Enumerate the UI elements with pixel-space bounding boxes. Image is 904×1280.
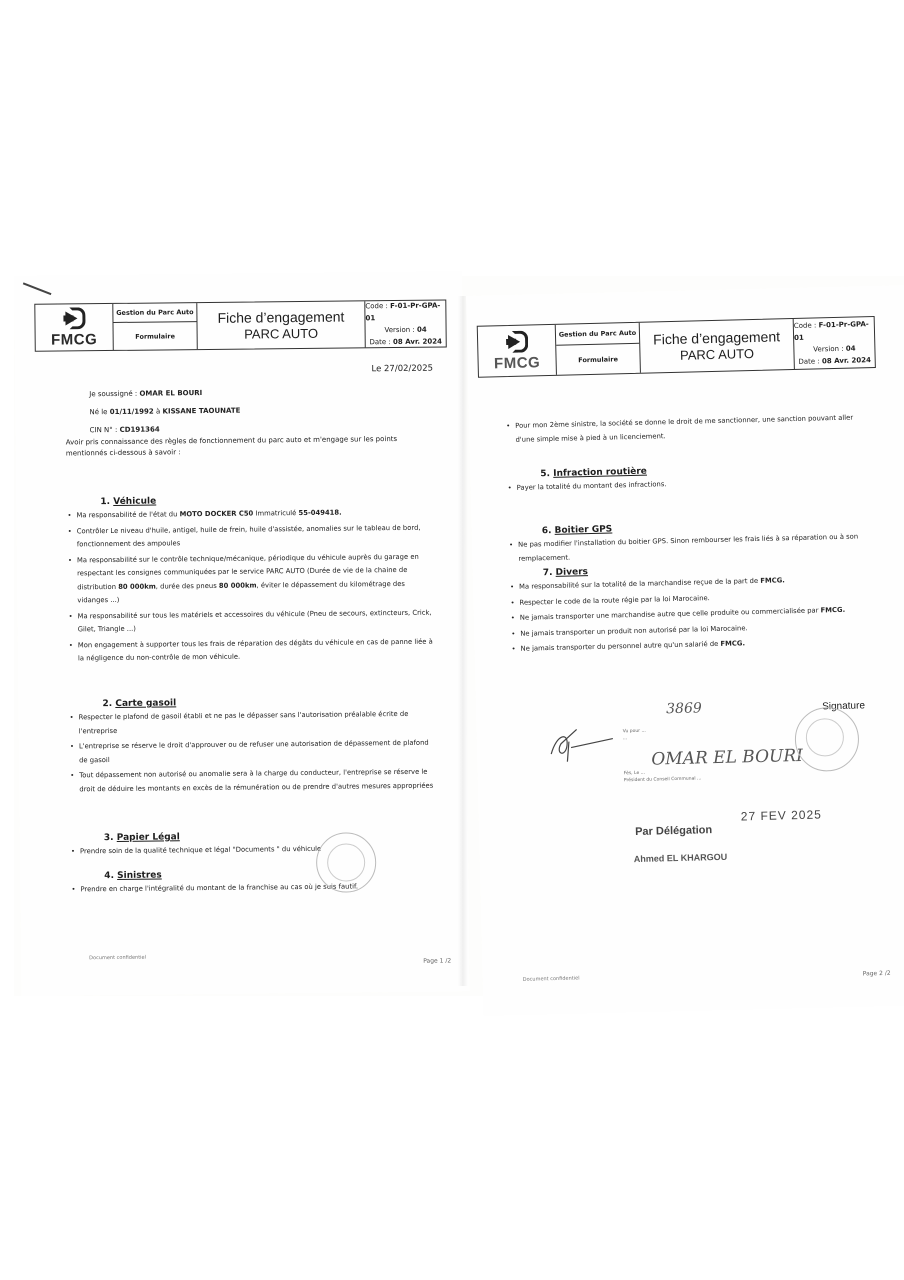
footer-confidential: Document confidentiel [89,955,146,962]
birth-place: KISSANE TAOUNATE [162,407,240,416]
date-value: 08 Avr. 2024 [822,356,871,365]
list-item: Prendre en charge l'intégralité du monta… [70,880,438,897]
section-5: 5. Infraction routièrePayer la totalité … [506,461,875,497]
document-date: Le 27/02/2025 [371,364,433,375]
list-item: Prendre soin de la qualité technique et … [70,842,438,859]
section-4: 4. SinistresPrendre en charge l'intégral… [70,868,438,899]
item-text: Prendre soin de la qualité technique et … [80,845,321,856]
sinistre-continuation: Pour mon 2ème sinistre, la société se do… [505,411,874,449]
identity-block: Je soussigné : OMAR EL BOURI Né le 01/11… [89,386,241,442]
page-number: Page 1 /2 [423,957,451,964]
document-title: Fiche d’engagement PARC AUTO [640,319,795,373]
section-number: 5. [540,469,550,479]
emphasis: FMCG. [760,576,785,585]
header-meta: Gestion du Parc Auto Formulaire [113,303,197,350]
list-item: Ma responsabilité sur tous les matériels… [68,606,436,637]
intro-paragraph: Avoir pris connaissance des règles de fo… [66,434,426,460]
page-fold [458,296,468,986]
pen-mark [23,282,52,295]
section-number: 4. [104,871,114,881]
item-text: Tout dépassement non autorisé ou anomali… [79,768,433,793]
item-text: Ne jamais transporter du personnel autre… [521,640,721,653]
employee-name: OMAR EL BOURI [139,389,202,398]
item-text: Mon engagement à supporter tous les frai… [78,637,433,662]
emphasis: FMCG. [720,639,745,648]
item-text: Ma responsabilité sur tous les matériels… [78,608,432,633]
item-text: Ne jamais transporter une marchandise au… [520,606,821,621]
section-title: Divers [555,567,588,578]
date-label: Date : [369,338,390,346]
item-text: , durée des pneus [156,581,219,590]
item-text: Ma responsabilité de l'état du [76,510,179,519]
cin-label: CIN N° : [90,426,118,434]
item-text: Prendre en charge l'intégralité du monta… [80,882,358,893]
date-stamp: 27 FEV 2025 [741,807,822,823]
list-item: Tout dépassement non autorisé ou anomali… [69,766,437,797]
list-item: Contrôler Le niveau d'huile, antigel, hu… [67,521,435,552]
department: Gestion du Parc Auto [113,303,196,323]
cin-value: CD191364 [120,425,160,433]
emphasis: FMCG. [821,606,846,615]
title-line-2: PARC AUTO [680,346,754,363]
date-label: Date : [798,357,820,366]
item-text: Payer la totalité du montant des infract… [517,480,667,492]
date-value: 08 Avr. 2024 [393,338,442,347]
signature-scribble [546,722,617,764]
section-title: Papier Légal [117,832,180,843]
version-value: 04 [846,344,856,352]
section-title: Boitier GPS [554,524,612,535]
item-text: Contrôler Le niveau d'huile, antigel, hu… [77,523,421,548]
section-number: 2. [102,699,112,709]
department: Gestion du Parc Auto [556,323,639,346]
page-number: Page 2 /2 [863,970,891,978]
section-title: Carte gasoil [115,698,176,709]
section-heading: 3. Papier Légal [104,830,438,843]
code-label: Code : [794,321,817,330]
section-7: 7. DiversMa responsabilité sur la totali… [509,560,879,658]
document-title: Fiche d’engagement PARC AUTO [197,301,365,349]
section-2: 2. Carte gasoilRespecter le plafond de g… [68,696,437,799]
logo-text: FMCG [51,331,97,348]
item-text: Ma responsabilité sur la totalité de la … [519,577,760,591]
item-text: Respecter le plafond de gasoil établi et… [79,710,409,735]
item-text: Respecter le code de la route régie par … [519,594,709,607]
list-item: Ma responsabilité de l'état du MOTO DOCK… [66,506,434,523]
item-text: L'entreprise se réserve le droit d'appro… [79,739,429,764]
code-label: Code : [365,302,388,310]
delegate-name: Ahmed EL KHARGOU [634,852,728,864]
document-code: Code : F-01-Pr-GPA-01 Version : 04 Date … [365,300,445,347]
section-title: Sinistres [117,870,162,880]
page-1-header: FMCG Gestion du Parc Auto Formulaire Fic… [34,299,446,351]
fmcg-logo-icon [505,330,528,353]
list-item: Pour mon 2ème sinistre, la société se do… [505,411,874,447]
doc-type: Formulaire [556,344,640,375]
section-heading: 1. Véhicule [100,494,434,507]
doc-type: Formulaire [114,322,197,350]
section-number: 1. [100,497,110,507]
logo: FMCG [478,325,557,377]
document-code: Code : F-01-Pr-GPA-01 Version : 04 Date … [794,317,875,369]
section-3: 3. Papier LégalPrendre soin de la qualit… [70,830,438,861]
section-title: Infraction routière [553,467,647,479]
born-at: à [156,407,160,415]
title-line-1: Fiche d’engagement [217,309,344,326]
soussigne-label: Je soussigné : [89,390,137,399]
list-item: Ma responsabilité sur le contrôle techni… [67,550,436,608]
born-label: Né le [89,408,107,416]
page-1: FMCG Gestion du Parc Auto Formulaire Fic… [14,271,470,996]
handwritten-name: OMAR EL BOURI [651,748,803,768]
emphasis: 55-049418. [298,509,341,517]
section-number: 6. [542,526,552,536]
scanned-document: FMCG Gestion du Parc Auto Formulaire Fic… [14,276,904,996]
birth-date: 01/11/1992 [110,408,154,416]
list-item: Respecter le plafond de gasoil établi et… [69,708,437,739]
header-meta: Gestion du Parc Auto Formulaire [556,323,641,375]
page-2: FMCG Gestion du Parc Auto Formulaire Fic… [466,285,904,1015]
title-line-1: Fiche d’engagement [653,328,780,347]
emphasis: MOTO DOCKER C50 [180,510,254,519]
section-number: 7. [543,568,553,578]
stamp [316,832,377,893]
section-heading: 2. Carte gasoil [102,696,436,709]
version-value: 04 [417,326,427,334]
page-2-header: FMCG Gestion du Parc Auto Formulaire Fic… [477,316,876,378]
version-label: Version : [384,326,414,334]
section-heading: 4. Sinistres [104,868,438,881]
fmcg-logo-icon [63,307,85,329]
item-text: Ne jamais transporter un produit non aut… [520,624,748,638]
par-delegation: Par Délégation [635,824,712,838]
list-item: Mon engagement à supporter tous les frai… [68,635,436,666]
section-title: Véhicule [113,497,156,507]
version-label: Version : [813,345,844,354]
section-1: 1. VéhiculeMa responsabilité de l'état d… [66,494,436,668]
logo: FMCG [35,304,113,351]
handwritten-number: 3869 [666,700,702,717]
item-text: Immatriculé [253,509,298,517]
footer-confidential: Document confidentiel [523,975,580,982]
emphasis: 80 000km [118,582,156,590]
section-number: 3. [104,833,114,843]
emphasis: 80 000km [219,581,257,589]
logo-text: FMCG [494,354,541,372]
title-line-2: PARC AUTO [244,326,318,342]
list-item: L'entreprise se réserve le droit d'appro… [69,737,437,768]
item-text: Ne pas modifier l'installation du boitie… [518,532,858,562]
